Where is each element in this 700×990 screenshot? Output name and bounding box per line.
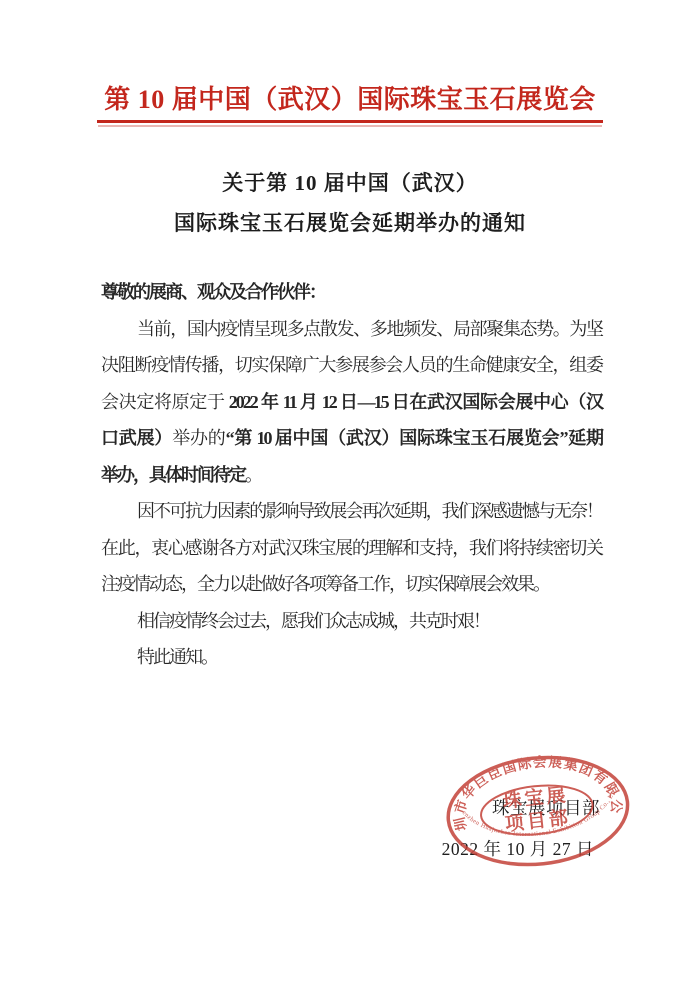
body-line: 口武展）举办的“第 10 届中国（武汉）国际珠宝玉石展览会”延期: [101, 420, 602, 457]
heading-line-2: 国际珠宝玉石展览会延期举办的通知: [99, 203, 601, 243]
body-line: 相信疫情终会过去，愿我们众志成城，共克时艰！: [101, 603, 602, 640]
body-line: 会决定将原定于 2022 年 11 月 12 日—15 日在武汉国际会展中心（汉: [101, 384, 602, 421]
body-segment-bold: “第 10 届中国（武汉）国际珠宝玉石展览会”延期: [226, 428, 602, 448]
body-segment: 举办的: [172, 428, 225, 448]
document-banner-title: 第 10 届中国（武汉）国际珠宝玉石展览会: [99, 84, 601, 116]
company-seal: 深圳市华巨臣国际会展集团有限公司 Shenzhen Huajuchen Inte…: [432, 736, 645, 888]
heading-line-1: 关于第 10 届中国（武汉）: [99, 163, 601, 203]
body-segment: 会决定将原定于: [101, 392, 229, 412]
body-segment-bold: 2022 年 11 月 12 日—15 日在武汉国际会展中心（汉: [229, 392, 602, 412]
body-line: 决阻断疫情传播，切实保障广大参展参会人员的生命健康安全，组委: [101, 347, 602, 384]
notice-document: 第 10 届中国（武汉）国际珠宝玉石展览会 关于第 10 届中国（武汉） 国际珠…: [0, 0, 700, 990]
body-line: 注疫情动态，全力以赴做好各项筹备工作，切实保障展会效果。: [101, 566, 602, 603]
notice-heading: 关于第 10 届中国（武汉） 国际珠宝玉石展览会延期举办的通知: [99, 163, 601, 243]
body-line: 当前，国内疫情呈现多点散发、多地频发、局部聚集态势。为坚: [101, 311, 602, 348]
body-segment-bold: 举办，具体时间待定: [101, 465, 245, 485]
notice-body: 尊敬的展商、观众及合作伙伴： 当前，国内疫情呈现多点散发、多地频发、局部聚集态势…: [101, 274, 602, 676]
body-line: 在此，衷心感谢各方对武汉珠宝展的理解和支持，我们将持续密切关: [101, 530, 602, 567]
body-segment: 。: [245, 465, 261, 485]
greeting-line: 尊敬的展商、观众及合作伙伴：: [101, 274, 602, 311]
title-underline: [97, 120, 603, 123]
body-line: 特此通知。: [101, 639, 602, 676]
body-line: 举办，具体时间待定。: [101, 457, 602, 494]
body-line: 因不可抗力因素的影响导致展会再次延期，我们深感遗憾与无奈！: [101, 493, 602, 530]
body-segment-bold: 口武展）: [101, 428, 172, 448]
